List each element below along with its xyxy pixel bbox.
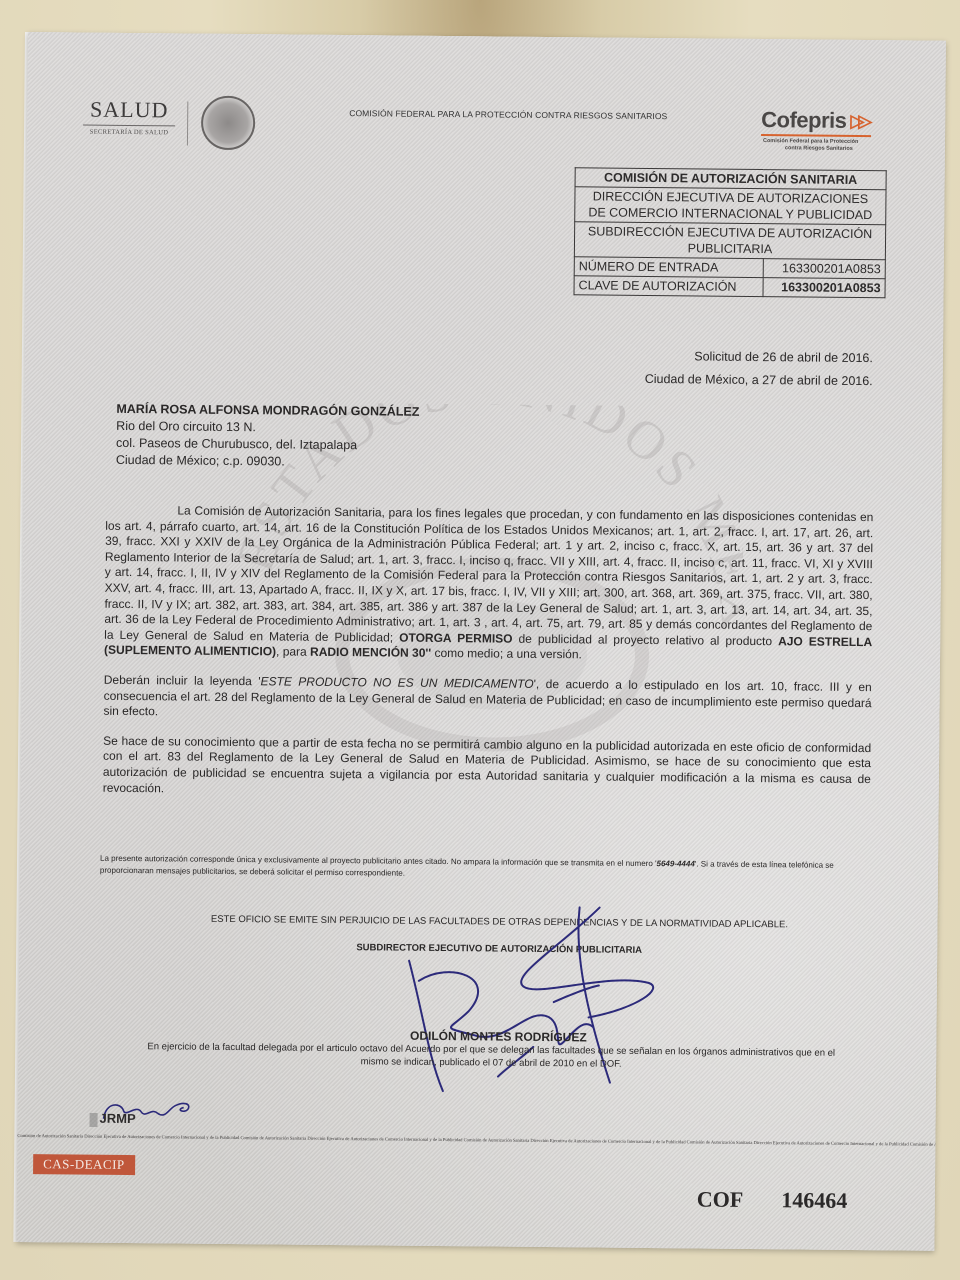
grant-para-text: , para: [276, 645, 307, 659]
signer-title: SUBDIRECTOR EJECUTIVO DE AUTORIZACIÓN PU…: [139, 940, 859, 958]
header-divider: [187, 102, 188, 146]
issue-date: Ciudad de México, a 27 de abril de 2016.: [545, 367, 873, 393]
paragraph-notice: Se hace de su conocimiento que a partir …: [103, 733, 872, 803]
subdirection-line2: PUBLICITARIA: [579, 239, 881, 258]
phone-number: 5649-4444: [657, 859, 695, 868]
direction-cell: DIRECCIÓN EJECUTIVA DE AUTORIZACIONES DE…: [575, 187, 886, 225]
dot-pattern-icon: [89, 1112, 97, 1126]
grant-mid-text: de publicidad al proyecto relativo al pr…: [518, 631, 772, 647]
paragraph-legal-basis: La Comisión de Autorización Sanitaria, p…: [104, 503, 873, 666]
subdirection-line1: SUBDIRECCIÓN EJECUTIVA DE AUTORIZACIÓN: [579, 223, 881, 242]
dates-block: Solicitud de 26 de abril de 2016. Ciudad…: [545, 344, 873, 393]
entry-number-label: NÚMERO DE ENTRADA: [574, 257, 763, 278]
agency-name: COMISIÓN FEDERAL PARA LA PROTECCIÓN CONT…: [349, 108, 667, 121]
salud-logo-subtitle: SECRETARÍA DE SALUD: [83, 129, 175, 137]
document-page: SALUD SECRETARÍA DE SALUD COMISIÓN FEDER…: [16, 32, 946, 1251]
recipient-block: MARÍA ROSA ALFONSA MONDRAGÓN GONZÁLEZ Ri…: [116, 401, 420, 472]
grant-end-text: como medio; a una versión.: [434, 646, 582, 661]
legal-basis-text: La Comisión de Autorización Sanitaria, p…: [104, 503, 873, 644]
cofepris-logo-word: Cofepris: [761, 107, 846, 134]
cofepris-subtitle: Comisión Federal para la Protección cont…: [761, 138, 911, 153]
folio-prefix: COF: [697, 1186, 744, 1211]
table-row: CLAVE DE AUTORIZACIÓN 163300201A0853: [574, 276, 885, 298]
coat-of-arms-seal-icon: [201, 96, 256, 151]
request-date: Solicitud de 26 de abril de 2016.: [545, 344, 873, 370]
cofepris-subtitle-line2: contra Riesgos Sanitarios: [763, 145, 911, 153]
authorization-key-value: 163300201A0853: [763, 278, 886, 298]
required-legend: ESTE PRODUCTO NO ES UN MEDICAMENTO: [260, 674, 533, 691]
salud-logo: SALUD SECRETARÍA DE SALUD: [83, 97, 175, 137]
microprint-line: Comisión de Autorización Sanitaria Direc…: [17, 1133, 935, 1147]
entry-number-value: 163300201A0853: [763, 259, 886, 279]
closing-statement: ESTE OFICIO SE EMITE SIN PERJUICIO DE LA…: [139, 913, 859, 931]
phone-note: La presente autorización corresponde úni…: [100, 853, 878, 884]
folio-digits: 146464: [781, 1187, 847, 1213]
advertising-medium: RADIO MENCIÓN 30'': [310, 645, 431, 660]
folio-number: COF146464: [697, 1186, 848, 1213]
authorization-key-label: CLAVE DE AUTORIZACIÓN: [574, 276, 763, 297]
handwritten-signature: [348, 865, 670, 1118]
cofepris-underline: [761, 134, 871, 137]
paragraph-legend: Deberán incluir la leyenda 'ESTE PRODUCT…: [103, 673, 871, 727]
initials-block: JRMP: [89, 1111, 135, 1127]
legend-intro-text: Deberán incluir la leyenda ': [104, 673, 261, 689]
subdirection-cell: SUBDIRECCIÓN EJECUTIVA DE AUTORIZACIÓN P…: [574, 222, 885, 260]
initials-text: JRMP: [100, 1111, 136, 1126]
recipient-address-line3: Ciudad de México; c.p. 09030.: [116, 452, 419, 472]
direction-line2: DE COMERCIO INTERNACIONAL Y PUBLICIDAD: [579, 204, 881, 223]
department-badge: CAS-DEACIP: [33, 1154, 135, 1175]
grant-permit-text: OTORGA PERMISO: [399, 630, 512, 645]
salud-logo-word: SALUD: [83, 97, 175, 127]
letter-body: La Comisión de Autorización Sanitaria, p…: [103, 503, 874, 817]
double-chevron-icon: ▷▷: [850, 110, 866, 131]
authorization-table: COMISIÓN DE AUTORIZACIÓN SANITARIA DIREC…: [573, 167, 886, 298]
cofepris-logo: Cofepris ▷▷ Comisión Federal para la Pro…: [761, 107, 911, 153]
